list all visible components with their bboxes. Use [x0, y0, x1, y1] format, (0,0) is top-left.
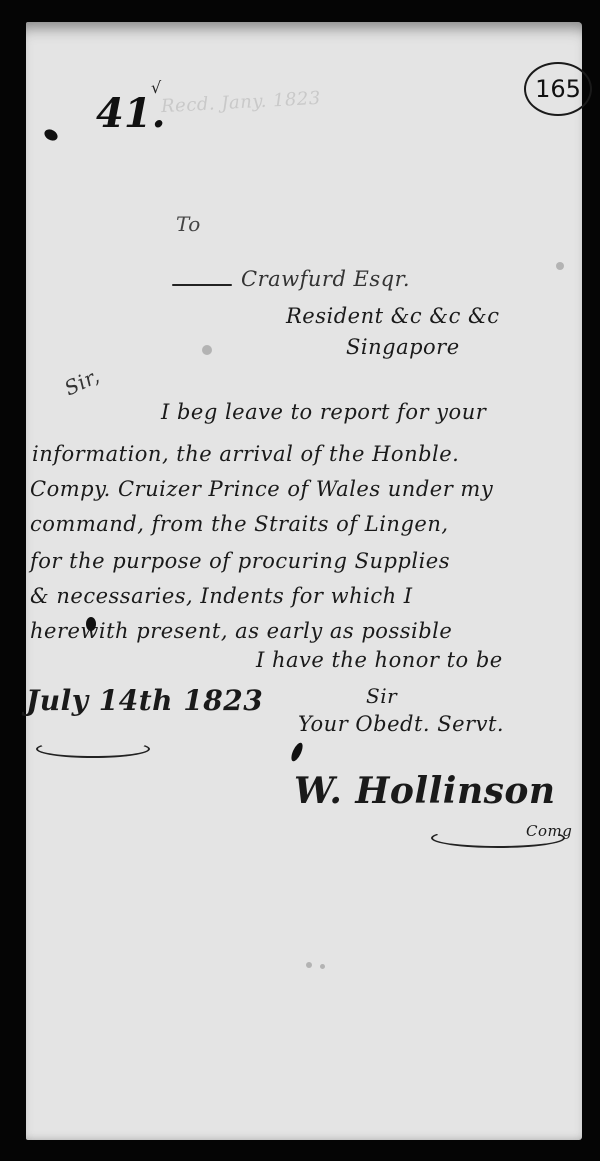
check-mark-icon: √ [151, 78, 161, 97]
addressee-name: Crawfurd Esqr. [241, 267, 410, 291]
page-number-stamp: 165 [524, 62, 592, 116]
salutation: Sir, [61, 364, 104, 401]
body-line: Compy. Cruizer Prince of Wales under my [30, 477, 493, 501]
manuscript-page: 41. √ Recd. Jany. 1823 165 To Crawfurd E… [26, 22, 582, 1140]
body-line: for the purpose of procuring Supplies [30, 549, 450, 573]
body-line: information, the arrival of the Honble. [32, 442, 459, 466]
ink-blot [289, 741, 305, 763]
page-number: 165 [535, 75, 581, 103]
date-underline-flourish [36, 740, 150, 758]
closing-line: I have the honor to be [256, 648, 503, 672]
addressee-place: Singapore [346, 335, 460, 359]
body-line: & necessaries, Indents for which I [30, 584, 413, 608]
body-line: I beg leave to report for your [161, 400, 486, 424]
ink-blot [42, 127, 59, 143]
closing-line: Your Obedt. Servt. [298, 712, 504, 736]
signature: W. Hollinson [294, 770, 556, 812]
folio-number: 41. [96, 90, 166, 137]
stain-spot [202, 345, 212, 355]
addressee-title: Resident &c &c &c [286, 304, 499, 328]
ink-blot [86, 617, 96, 631]
dash-rule [172, 284, 232, 286]
closing-line: Sir [366, 684, 397, 708]
signature-flourish [431, 828, 565, 848]
body-line: command, from the Straits of Lingen, [30, 512, 449, 536]
stain-spot [556, 262, 564, 270]
stain-spot [320, 964, 325, 969]
stain-spot [306, 962, 312, 968]
faint-pencil-annotation: Recd. Jany. 1823 [161, 88, 322, 117]
letter-date: July 14th 1823 [26, 684, 263, 717]
salutation-to: To [176, 212, 201, 236]
